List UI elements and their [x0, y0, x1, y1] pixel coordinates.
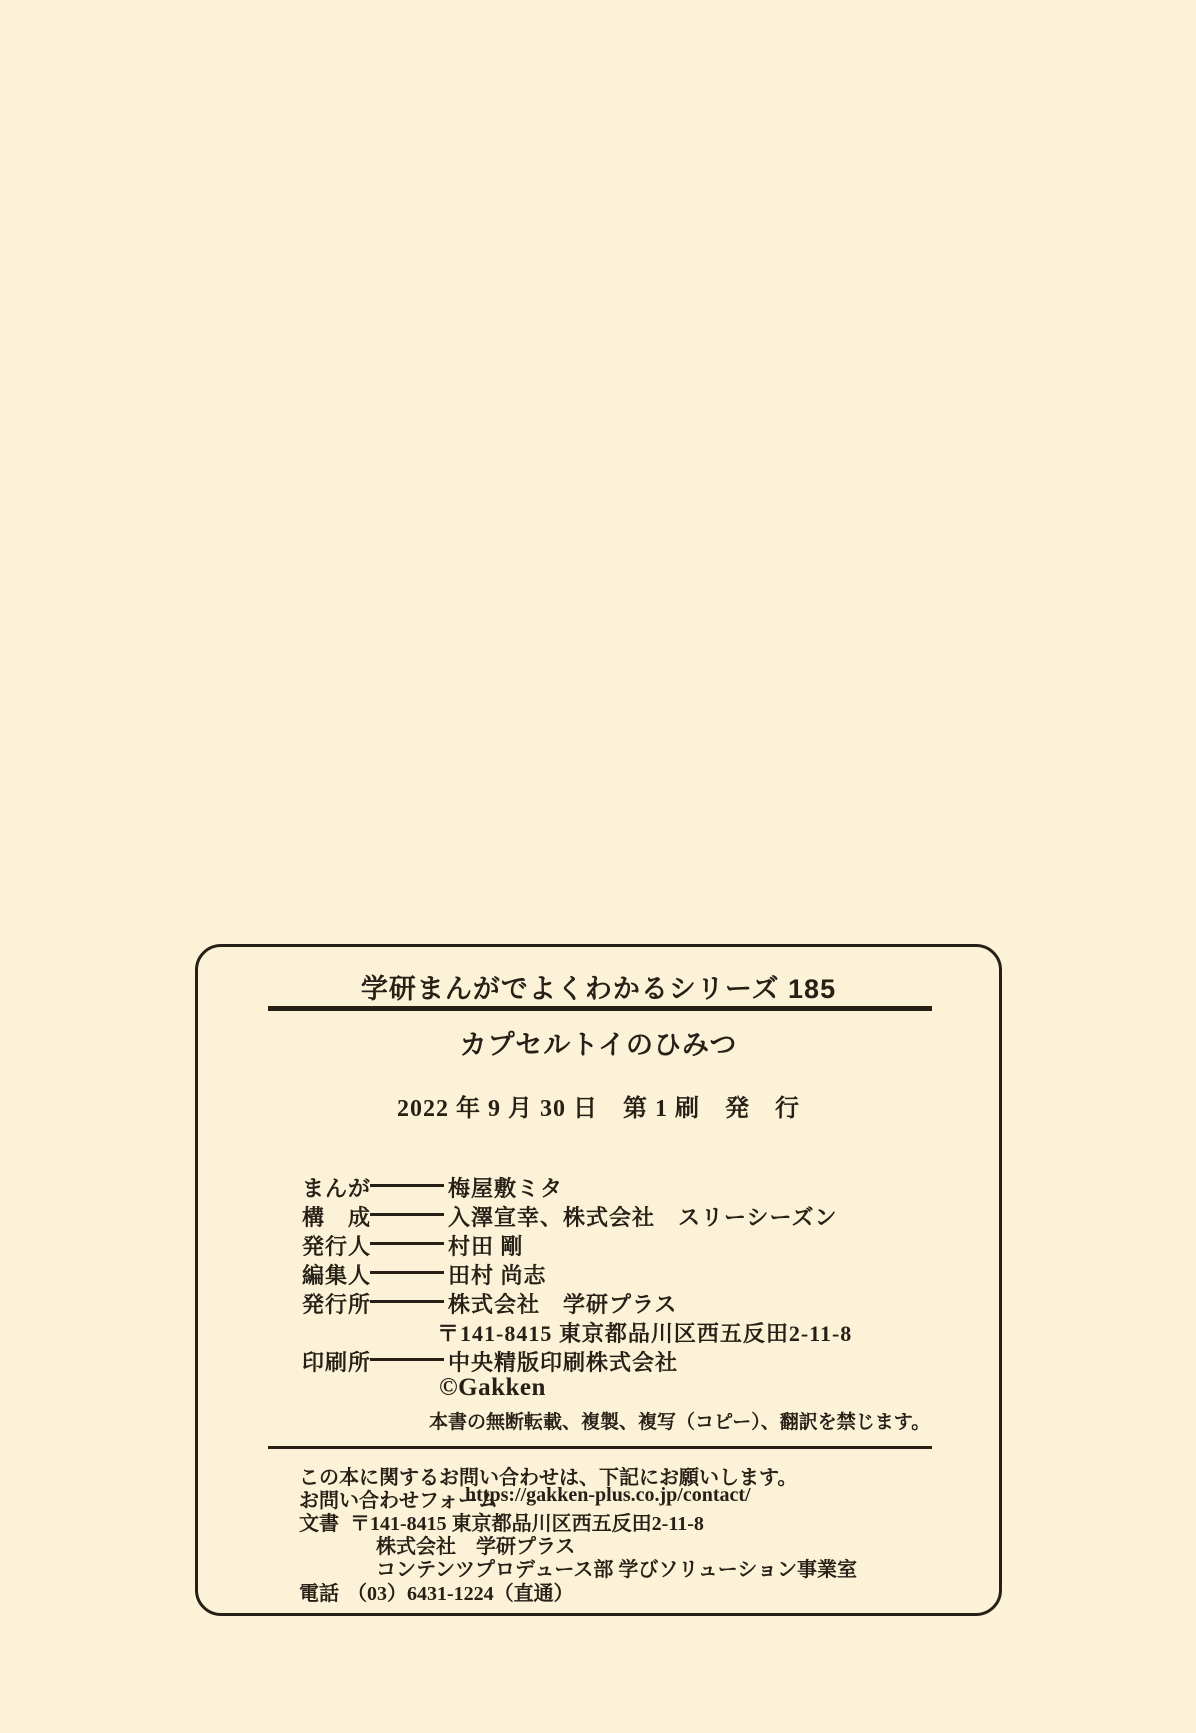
credit-value: 中央精版印刷株式会社: [448, 1346, 678, 1377]
colophon-page: 学研まんがでよくわかるシリーズ 185 カプセルトイのひみつ 2022 年 9 …: [0, 0, 1196, 1733]
publisher-address: 〒141-8415 東京都品川区西五反田2-11-8: [437, 1317, 852, 1348]
contact-row-mail: 文書 〒141-8415 東京都品川区西五反田2-11-8: [198, 1507, 999, 1530]
contact-row-phone: 電話 （03）6431-1224（直通）: [198, 1577, 999, 1600]
leader-dash: [370, 1271, 444, 1274]
credit-label: 編集人: [302, 1259, 371, 1290]
contact-label: 電話: [299, 1577, 339, 1606]
contact-form-url: https://gakken-plus.co.jp/contact/: [465, 1484, 751, 1507]
contact-divider-rule: [268, 1446, 932, 1449]
contact-intro-row: この本に関するお問い合わせは、下記にお願いします。: [198, 1461, 999, 1484]
credit-row-publisher-address: 〒141-8415 東京都品川区西五反田2-11-8: [198, 1317, 999, 1346]
rights-note: 本書の無断転載、複製、複写（コピー）、翻訳を禁じます。: [429, 1407, 930, 1434]
colophon-box: 学研まんがでよくわかるシリーズ 185 カプセルトイのひみつ 2022 年 9 …: [195, 944, 1002, 1616]
credit-row-editor: 編集人 田村 尚志: [198, 1259, 999, 1288]
credit-row-publisher: 発行所 株式会社 学研プラス: [198, 1288, 999, 1317]
contact-row-department: コンテンツプロデュース部 学びソリューション事業室: [198, 1553, 999, 1576]
credit-label: 発行所: [302, 1288, 371, 1319]
contact-row-form: お問い合わせフォーム https://gakken-plus.co.jp/con…: [198, 1484, 999, 1507]
credit-label: 発行人: [302, 1230, 371, 1261]
copyright-notice: ©Gakken: [439, 1374, 546, 1402]
credit-value: 梅屋敷ミタ: [448, 1172, 563, 1203]
leader-dash: [370, 1358, 444, 1361]
leader-dash: [370, 1242, 444, 1245]
credit-row-kousei: 構 成 入澤宣幸、株式会社 スリーシーズン: [198, 1201, 999, 1230]
contact-phone-number: （03）6431-1224（直通）: [347, 1577, 574, 1606]
book-title: カプセルトイのひみつ: [198, 1023, 999, 1062]
title-divider-rule: [268, 1006, 932, 1011]
leader-dash: [370, 1300, 444, 1303]
credit-value: 村田 剛: [448, 1230, 524, 1261]
credit-row-printer: 印刷所 中央精版印刷株式会社: [198, 1346, 999, 1375]
series-title: 学研まんがでよくわかるシリーズ 185: [198, 967, 999, 1006]
edition-date-line: 2022 年 9 月 30 日 第 1 刷 発 行: [198, 1088, 999, 1123]
credit-label: 構 成: [302, 1201, 371, 1232]
credit-row-rights-note: 本書の無断転載、複製、複写（コピー）、翻訳を禁じます。: [198, 1405, 999, 1434]
credit-label: 印刷所: [302, 1346, 371, 1377]
leader-dash: [370, 1213, 444, 1216]
credit-label: まんが: [302, 1172, 371, 1203]
credit-row-copyright: ©Gakken: [198, 1374, 999, 1403]
credit-row-manga: まんが 梅屋敷ミタ: [198, 1172, 999, 1201]
credit-row-publisher-person: 発行人 村田 剛: [198, 1230, 999, 1259]
credit-value: 株式会社 学研プラス: [448, 1288, 677, 1319]
credit-value: 田村 尚志: [448, 1259, 547, 1290]
credit-value: 入澤宣幸、株式会社 スリーシーズン: [448, 1201, 837, 1232]
contact-row-company: 株式会社 学研プラス: [198, 1530, 999, 1553]
leader-dash: [370, 1184, 444, 1187]
